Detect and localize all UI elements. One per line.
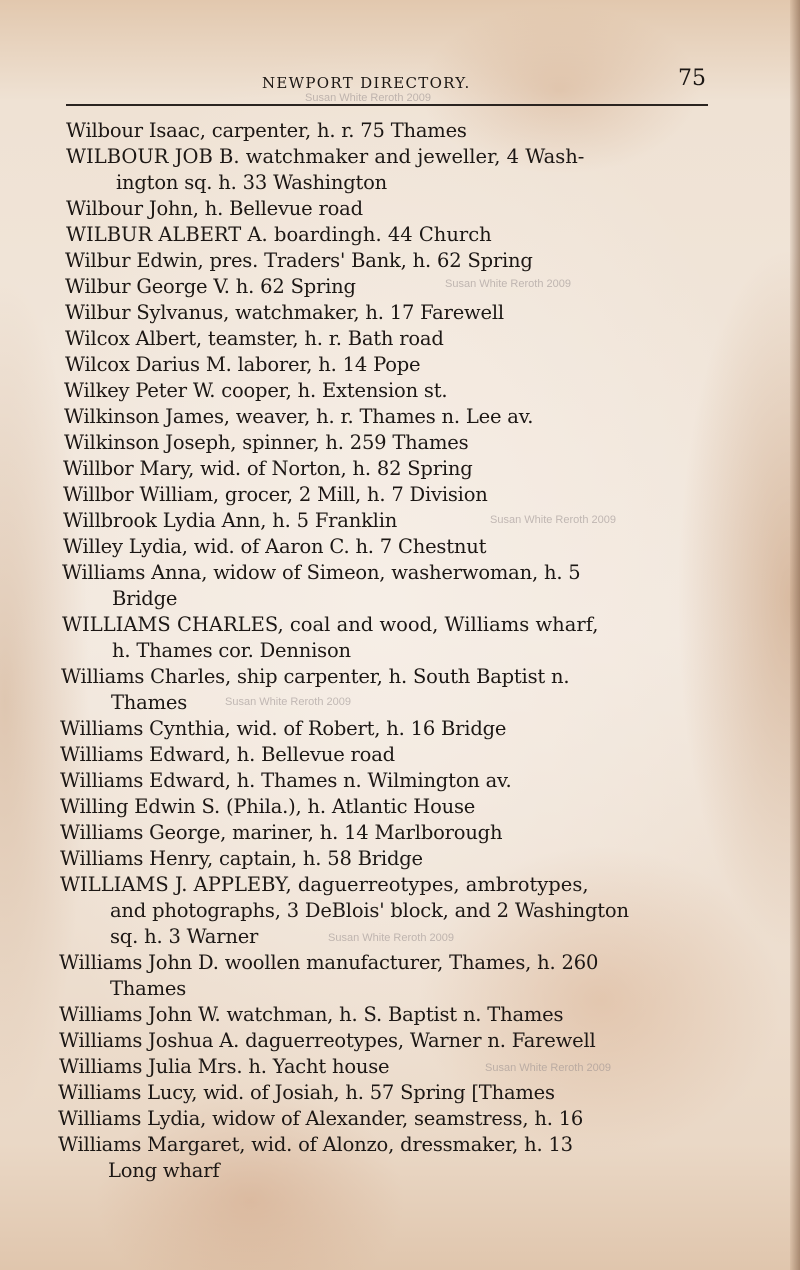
- directory-entry: Willing Edwin S. (Phila.), h. Atlantic H…: [60, 794, 475, 820]
- watermark: Susan White Reroth 2009: [225, 696, 351, 708]
- directory-entry: Williams George, mariner, h. 14 Marlboro…: [60, 820, 502, 846]
- directory-entry: Williams Margaret, wid. of Alonzo, dress…: [58, 1132, 573, 1158]
- directory-entry: Wilbour Isaac, carpenter, h. r. 75 Thame…: [66, 118, 467, 144]
- directory-entry: Williams Julia Mrs. h. Yacht house: [59, 1054, 389, 1080]
- directory-entry-continuation: sq. h. 3 Warner: [110, 924, 258, 950]
- directory-entry-continuation: h. Thames cor. Dennison: [112, 638, 351, 664]
- watermark: Susan White Reroth 2009: [328, 932, 454, 944]
- directory-entry-continuation: Bridge: [112, 586, 177, 612]
- directory-entry: Williams Joshua A. daguerreotypes, Warne…: [59, 1028, 596, 1054]
- directory-entry: Williams Anna, widow of Simeon, washerwo…: [62, 560, 581, 586]
- directory-entry: Wilkey Peter W. cooper, h. Extension st.: [64, 378, 447, 404]
- directory-entry: Wilbur Sylvanus, watchmaker, h. 17 Farew…: [65, 300, 504, 326]
- directory-entry: Williams Edward, h. Bellevue road: [60, 742, 395, 768]
- directory-entry: Wilkinson James, weaver, h. r. Thames n.…: [64, 404, 533, 430]
- page-edge-shadow: [790, 0, 800, 1270]
- directory-entry-continuation: Thames: [110, 976, 186, 1002]
- directory-entry: Willbor William, grocer, 2 Mill, h. 7 Di…: [63, 482, 488, 508]
- directory-entry: Wilcox Darius M. laborer, h. 14 Pope: [65, 352, 420, 378]
- directory-entry-continuation: Long wharf: [108, 1158, 219, 1184]
- directory-entry: WILLIAMS CHARLES, coal and wood, William…: [62, 612, 598, 638]
- directory-entry: Wilbur Edwin, pres. Traders' Bank, h. 62…: [65, 248, 533, 274]
- directory-entry: WILLIAMS J. APPLEBY, daguerreotypes, amb…: [60, 872, 589, 898]
- directory-entry-continuation: Thames: [111, 690, 187, 716]
- directory-page: NEWPORT DIRECTORY. 75 Susan White Reroth…: [0, 0, 800, 1270]
- directory-entry: Williams Lydia, widow of Alexander, seam…: [58, 1106, 583, 1132]
- watermark: Susan White Reroth 2009: [305, 92, 431, 104]
- directory-entry: Wilbur George V. h. 62 Spring: [65, 274, 356, 300]
- directory-entry: Wilbour John, h. Bellevue road: [66, 196, 363, 222]
- directory-entry-continuation: ington sq. h. 33 Washington: [116, 170, 387, 196]
- directory-entry: WILBUR ALBERT A. boardingh. 44 Church: [66, 222, 492, 248]
- directory-entry: Williams Cynthia, wid. of Robert, h. 16 …: [60, 716, 506, 742]
- directory-entry: WILBOUR JOB B. watchmaker and jeweller, …: [66, 144, 584, 170]
- directory-entry-continuation: and photographs, 3 DeBlois' block, and 2…: [110, 898, 629, 924]
- directory-entry: Williams Henry, captain, h. 58 Bridge: [60, 846, 423, 872]
- watermark: Susan White Reroth 2009: [445, 278, 571, 290]
- header-rule: [66, 104, 708, 106]
- running-title: NEWPORT DIRECTORY.: [262, 74, 471, 92]
- watermark: Susan White Reroth 2009: [490, 514, 616, 526]
- directory-entry: Willbor Mary, wid. of Norton, h. 82 Spri…: [63, 456, 473, 482]
- directory-entry: Wilkinson Joseph, spinner, h. 259 Thames: [64, 430, 468, 456]
- directory-entry: Williams Charles, ship carpenter, h. Sou…: [61, 664, 569, 690]
- directory-entry: Williams Edward, h. Thames n. Wilmington…: [60, 768, 512, 794]
- directory-entry: Williams John W. watchman, h. S. Baptist…: [59, 1002, 563, 1028]
- page-number: 75: [678, 66, 706, 91]
- directory-entry: Willbrook Lydia Ann, h. 5 Franklin: [63, 508, 397, 534]
- directory-entry: Willey Lydia, wid. of Aaron C. h. 7 Ches…: [63, 534, 486, 560]
- watermark: Susan White Reroth 2009: [485, 1062, 611, 1074]
- directory-entry: Wilcox Albert, teamster, h. r. Bath road: [65, 326, 444, 352]
- directory-entry: Williams John D. woollen manufacturer, T…: [59, 950, 598, 976]
- directory-entry: Williams Lucy, wid. of Josiah, h. 57 Spr…: [58, 1080, 555, 1106]
